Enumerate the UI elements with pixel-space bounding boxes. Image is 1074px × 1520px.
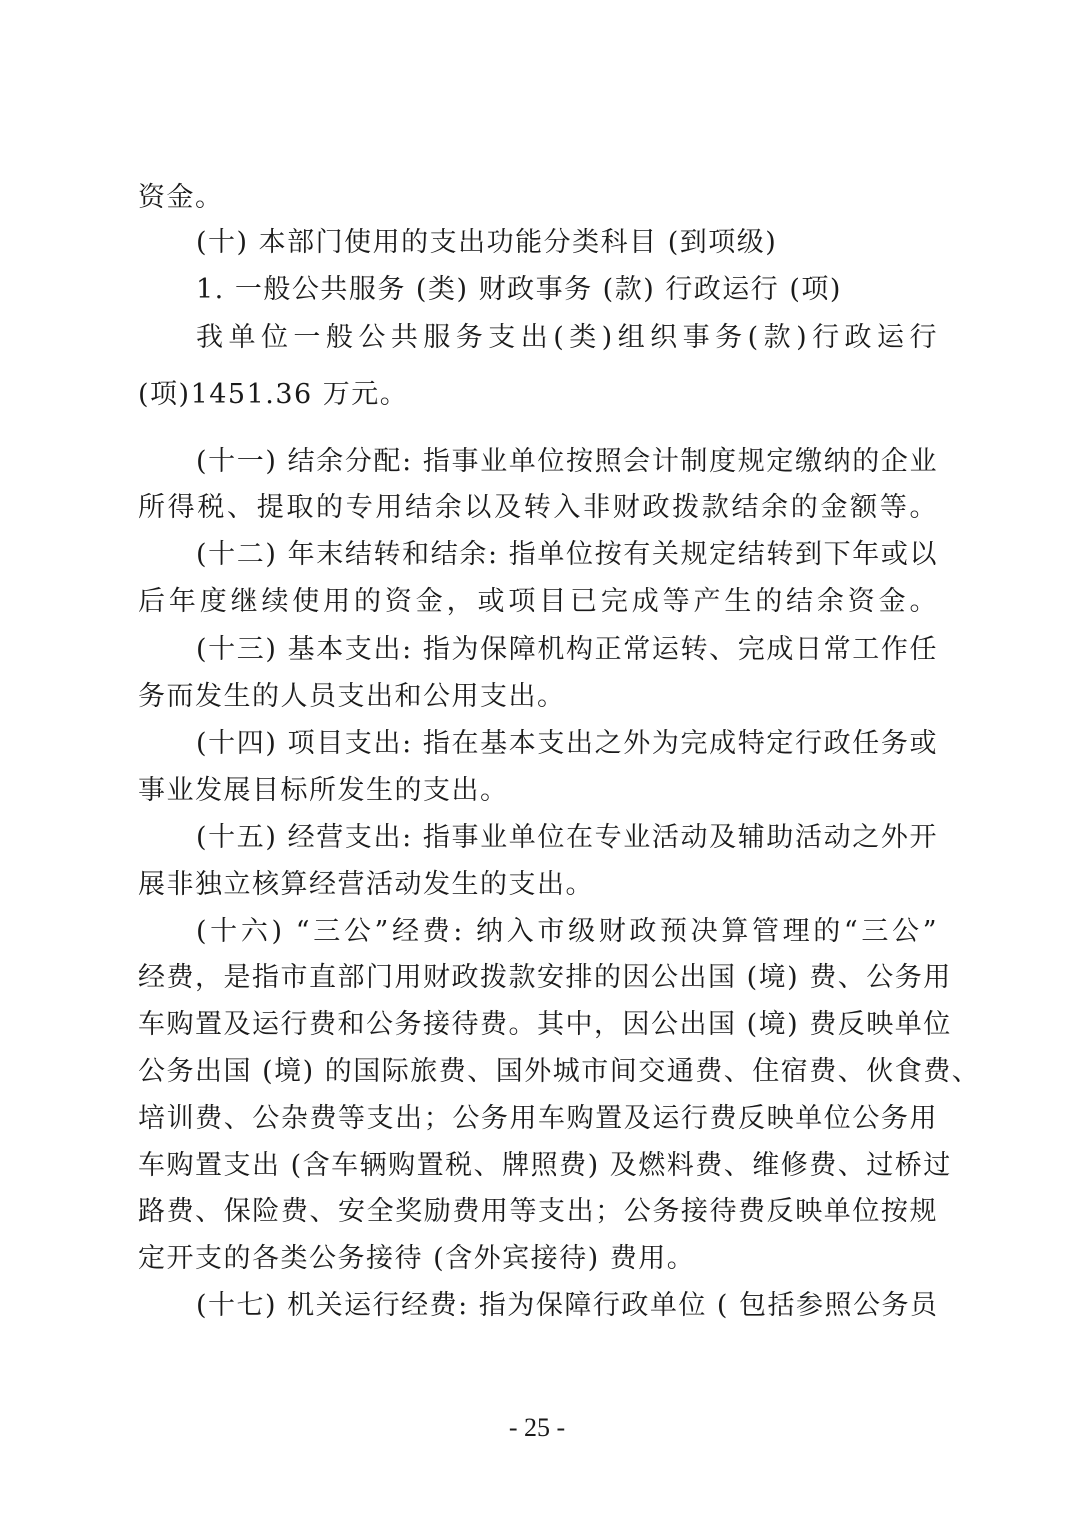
text-line: 车购置及运行费和公务接待费。其中，因公出国 (境) 费反映单位	[138, 1008, 938, 1042]
text-line: (十二) 年末结转和结余: 指单位按有关规定结转到下年或以	[196, 538, 938, 572]
text-line: (十七) 机关运行经费: 指为保障行政单位 ( 包括参照公务员	[196, 1289, 938, 1323]
text-line: 资金。	[138, 181, 938, 215]
text-line: 定开支的各类公务接待 (含外宾接待) 费用。	[138, 1242, 938, 1276]
text-line: 展非独立核算经营活动发生的支出。	[138, 868, 938, 902]
text-line: (十五) 经营支出: 指事业单位在专业活动及辅助活动之外开	[196, 821, 938, 855]
text-line: 培训费、公杂费等支出；公务用车购置及运行费反映单位公务用	[138, 1102, 938, 1136]
text-line: 后年度继续使用的资金，或项目已完成等产生的结余资金。	[138, 585, 938, 619]
text-line: (十三) 基本支出: 指为保障机构正常运转、完成日常工作任	[196, 633, 938, 667]
text-line: 事业发展目标所发生的支出。	[138, 774, 938, 808]
text-line: 经费，是指市直部门用财政拨款安排的因公出国 (境) 费、公务用	[138, 961, 938, 995]
text-line: 1. 一般公共服务 (类) 财政事务 (款) 行政运行 (项)	[196, 273, 938, 307]
text-line: (项)1451.36 万元。	[138, 378, 938, 412]
text-line: (十) 本部门使用的支出功能分类科目 (到项级)	[196, 226, 938, 260]
text-line: 车购置支出 (含车辆购置税、牌照费) 及燃料费、维修费、过桥过	[138, 1149, 938, 1183]
text-line: (十六) “三公”经费: 纳入市级财政预决算管理的“三公”	[196, 915, 938, 949]
text-line: (十四) 项目支出: 指在基本支出之外为完成特定行政任务或	[196, 727, 938, 761]
text-line: 所得税、提取的专用结余以及转入非财政拨款结余的金额等。	[138, 491, 938, 525]
text-line: 路费、保险费、安全奖励费用等支出；公务接待费反映单位按规	[138, 1195, 938, 1229]
page-number: - 25 -	[0, 1413, 1074, 1443]
text-line: 我单位一般公共服务支出(类)组织事务(款)行政运行	[196, 321, 938, 355]
text-line: (十一) 结余分配: 指事业单位按照会计制度规定缴纳的企业	[196, 445, 938, 479]
text-line: 公务出国 (境) 的国际旅费、国外城市间交通费、住宿费、伙食费、	[138, 1055, 938, 1089]
text-line: 务而发生的人员支出和公用支出。	[138, 680, 938, 714]
